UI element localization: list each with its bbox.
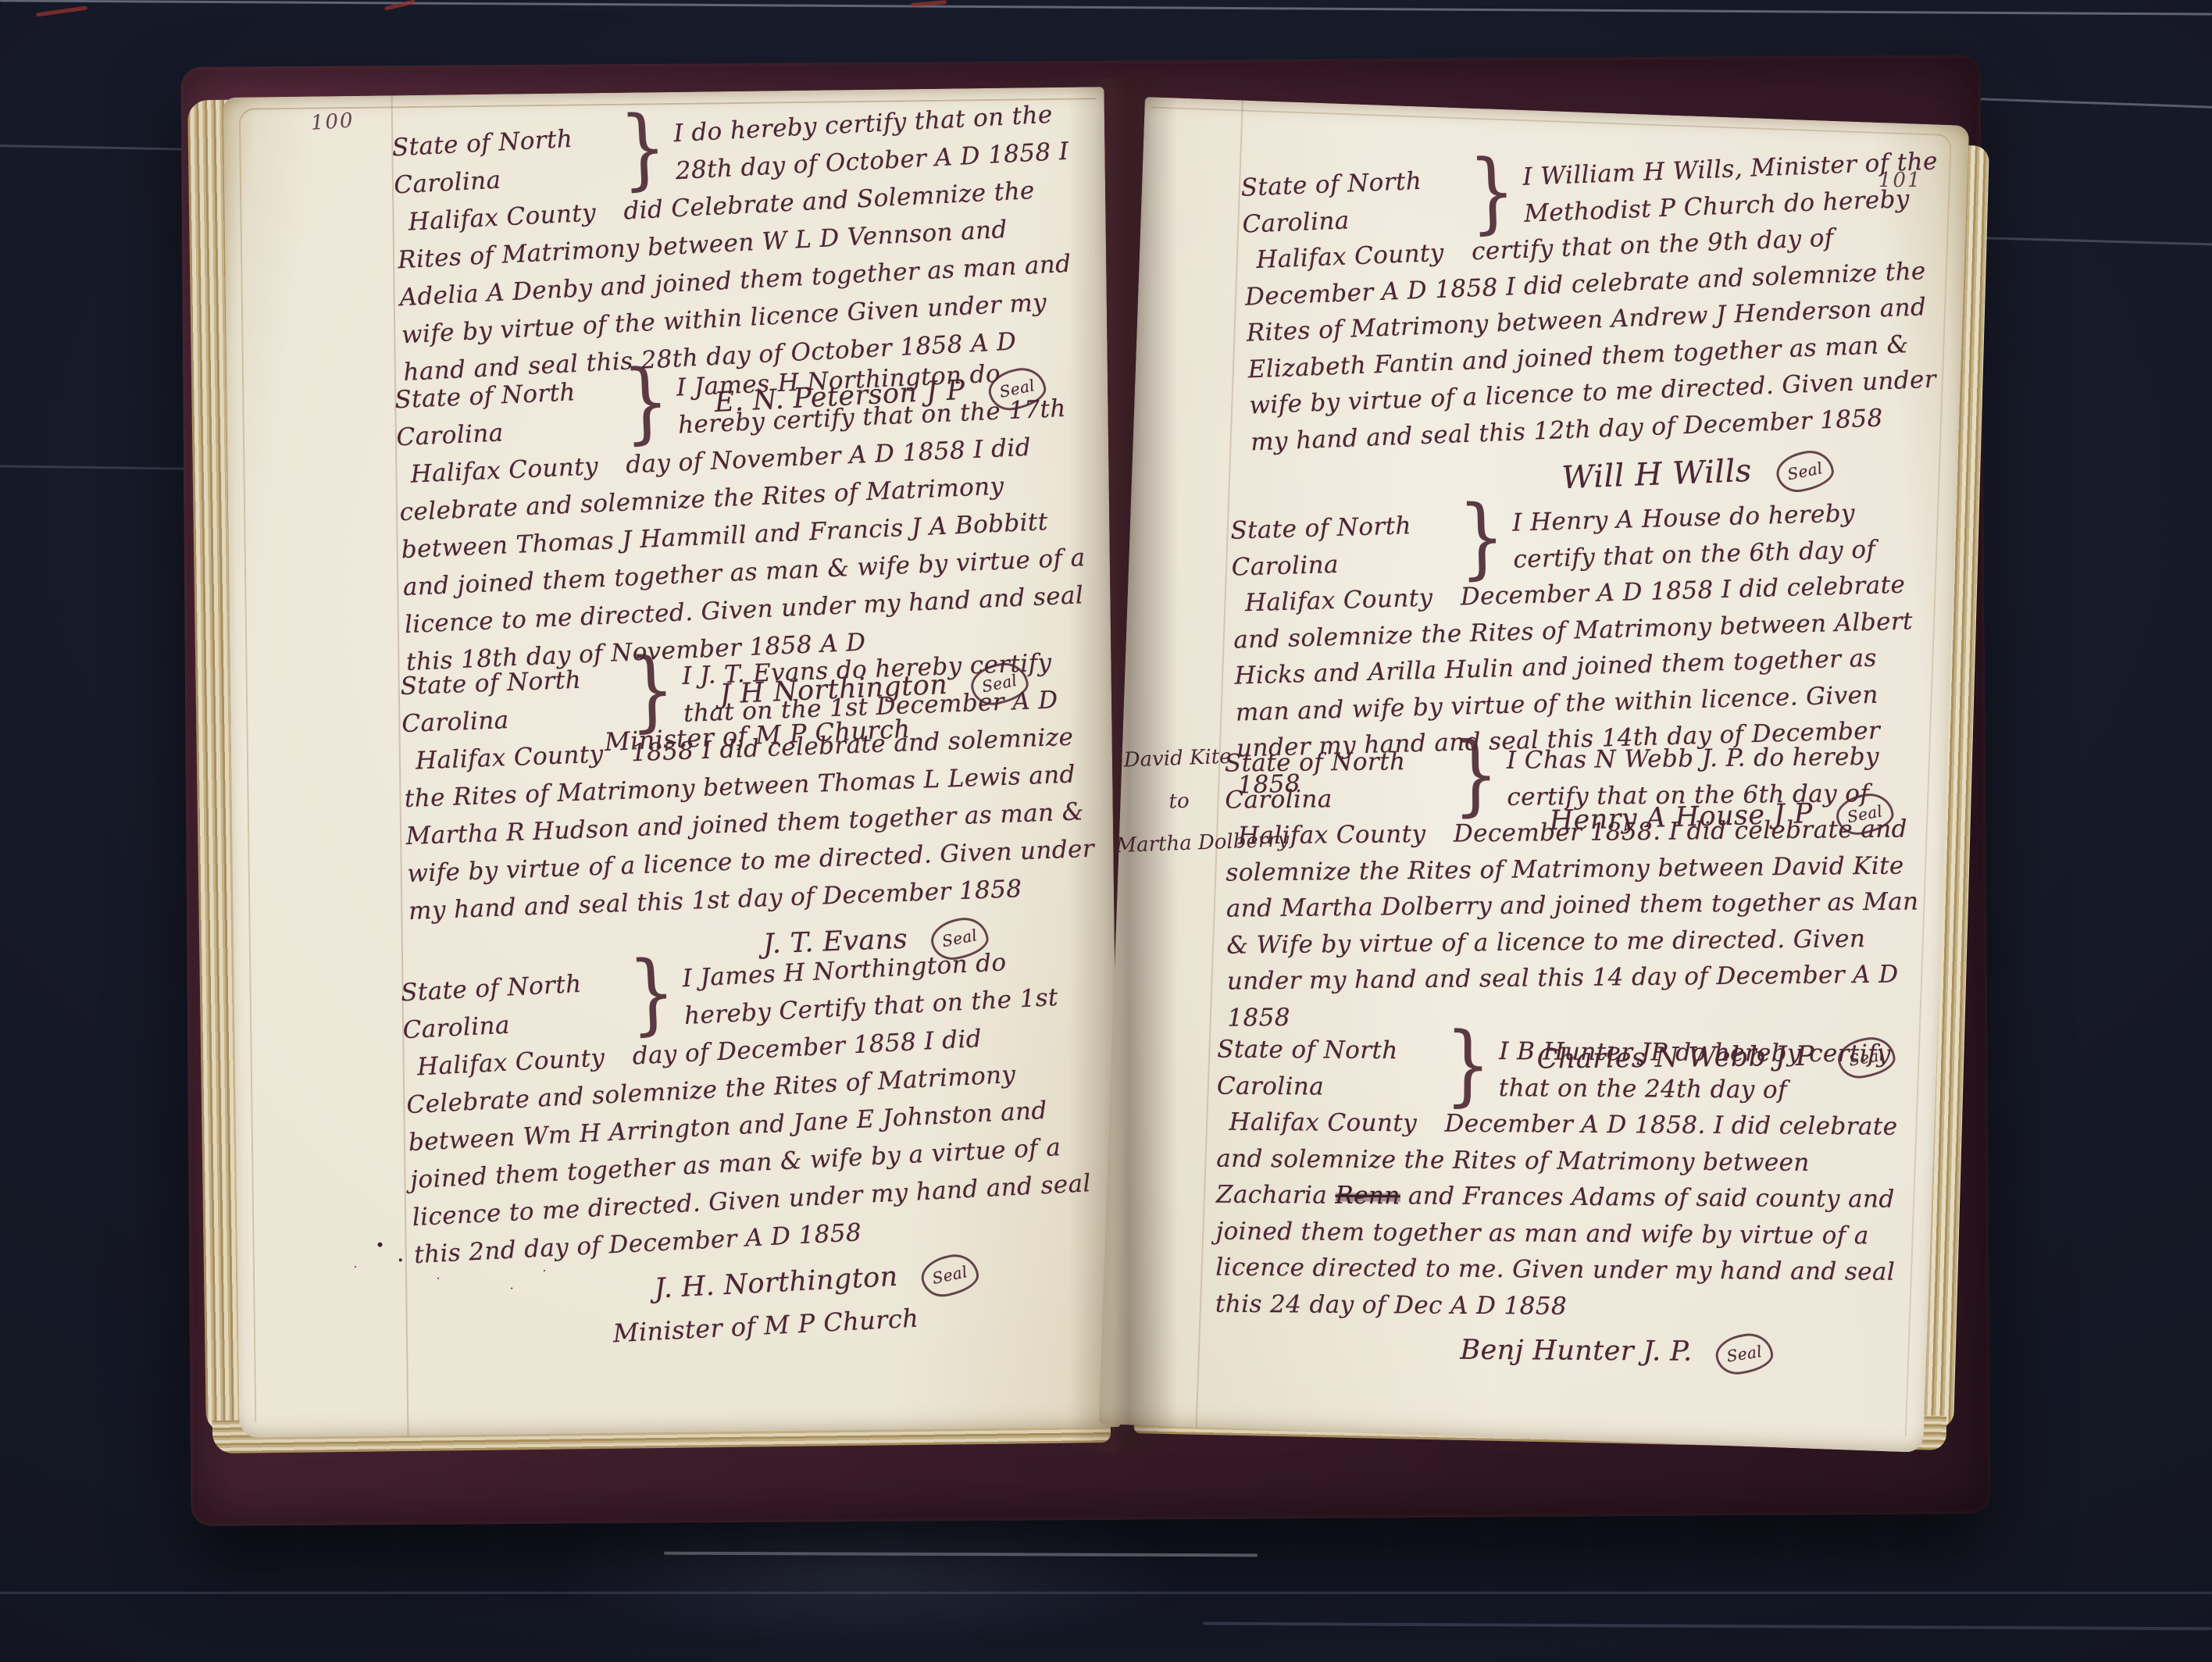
brace-glyph: } (619, 109, 669, 189)
seal-stamp: Seal (1773, 447, 1837, 496)
marriage-entry: State of North Carolina Halifax County }… (1240, 143, 1951, 513)
entry-heading: State of North Carolina Halifax County (400, 963, 633, 1087)
entry-heading: State of North Carolina Halifax County (400, 659, 632, 780)
state-line: State of North Carolina (1230, 507, 1460, 586)
seal-stamp: Seal (1713, 1330, 1775, 1377)
page-number: 100 (310, 109, 355, 135)
brace-glyph: } (1453, 736, 1500, 815)
state-line: State of North Carolina (400, 963, 631, 1050)
seal-stamp: Seal (918, 1250, 982, 1301)
struck-surname: Renn (1335, 1182, 1400, 1211)
red-thread-mark (36, 5, 87, 16)
signature: Benj Hunter J. P. (1460, 1335, 1692, 1368)
background-seam (0, 0, 2212, 16)
red-thread-mark (384, 0, 416, 11)
table-highlight (516, 1507, 1218, 1662)
brace-glyph: } (627, 651, 676, 730)
county-line: Halifax County (1226, 816, 1454, 855)
state-line: State of North Carolina (394, 372, 625, 457)
state-line: State of North Carolina (1240, 162, 1471, 243)
brace-glyph: } (1457, 498, 1506, 578)
margin-note-connector: to (1120, 778, 1239, 825)
brace-glyph: } (1445, 1026, 1492, 1104)
red-thread-mark (911, 0, 947, 7)
entry-heading: State of North Carolina Halifax County (394, 372, 626, 494)
signature-row: Benj Hunter J. P. Seal (1215, 1329, 1913, 1375)
signature: J. H. Northington (654, 1261, 899, 1305)
entry-heading: State of North Carolina Halifax County (1216, 1032, 1445, 1143)
entry-heading: State of North Carolina Halifax County (1225, 744, 1454, 855)
brace-glyph: } (627, 954, 677, 1034)
left-page: 100 State of North Carolina Halifax Coun… (223, 87, 1121, 1438)
record-book-photo: 100 State of North Carolina Halifax Coun… (0, 0, 2212, 1662)
marriage-entry: State of North Carolina Halifax County }… (400, 940, 1114, 1364)
margin-note-bride: Martha Dolberry (1115, 821, 1234, 868)
entry-heading: State of North Carolina Halifax County (1230, 507, 1461, 622)
county-line: Halifax County (402, 735, 632, 781)
marriage-entry: State of North Carolina Halifax County }… (1215, 1032, 1915, 1375)
brace-glyph: } (1468, 152, 1517, 232)
state-line: State of North Carolina (391, 118, 623, 205)
margin-note: David Kite to Martha Dolberry (1118, 736, 1240, 868)
county-line: Halifax County (1243, 234, 1472, 279)
ink-specks (377, 1243, 382, 1247)
state-line: State of North Carolina (1225, 744, 1454, 819)
marriage-entry: State of North Carolina Halifax County }… (400, 643, 1106, 979)
table-edge-line (1203, 1622, 2212, 1631)
entry-heading: State of North Carolina Halifax County (1240, 162, 1472, 280)
state-line: State of North Carolina (1217, 1032, 1446, 1106)
margin-note-groom: David Kite (1118, 736, 1237, 783)
brace-glyph: } (622, 362, 671, 443)
right-page: 101 David Kite to Martha Dolberry State … (1099, 97, 1970, 1453)
signature: Will H Wills (1561, 453, 1753, 496)
county-line: Halifax County (1216, 1104, 1444, 1143)
state-line: State of North Carolina (400, 659, 630, 743)
entry-heading: State of North Carolina Halifax County (391, 118, 625, 242)
county-line: Halifax County (1232, 580, 1461, 622)
